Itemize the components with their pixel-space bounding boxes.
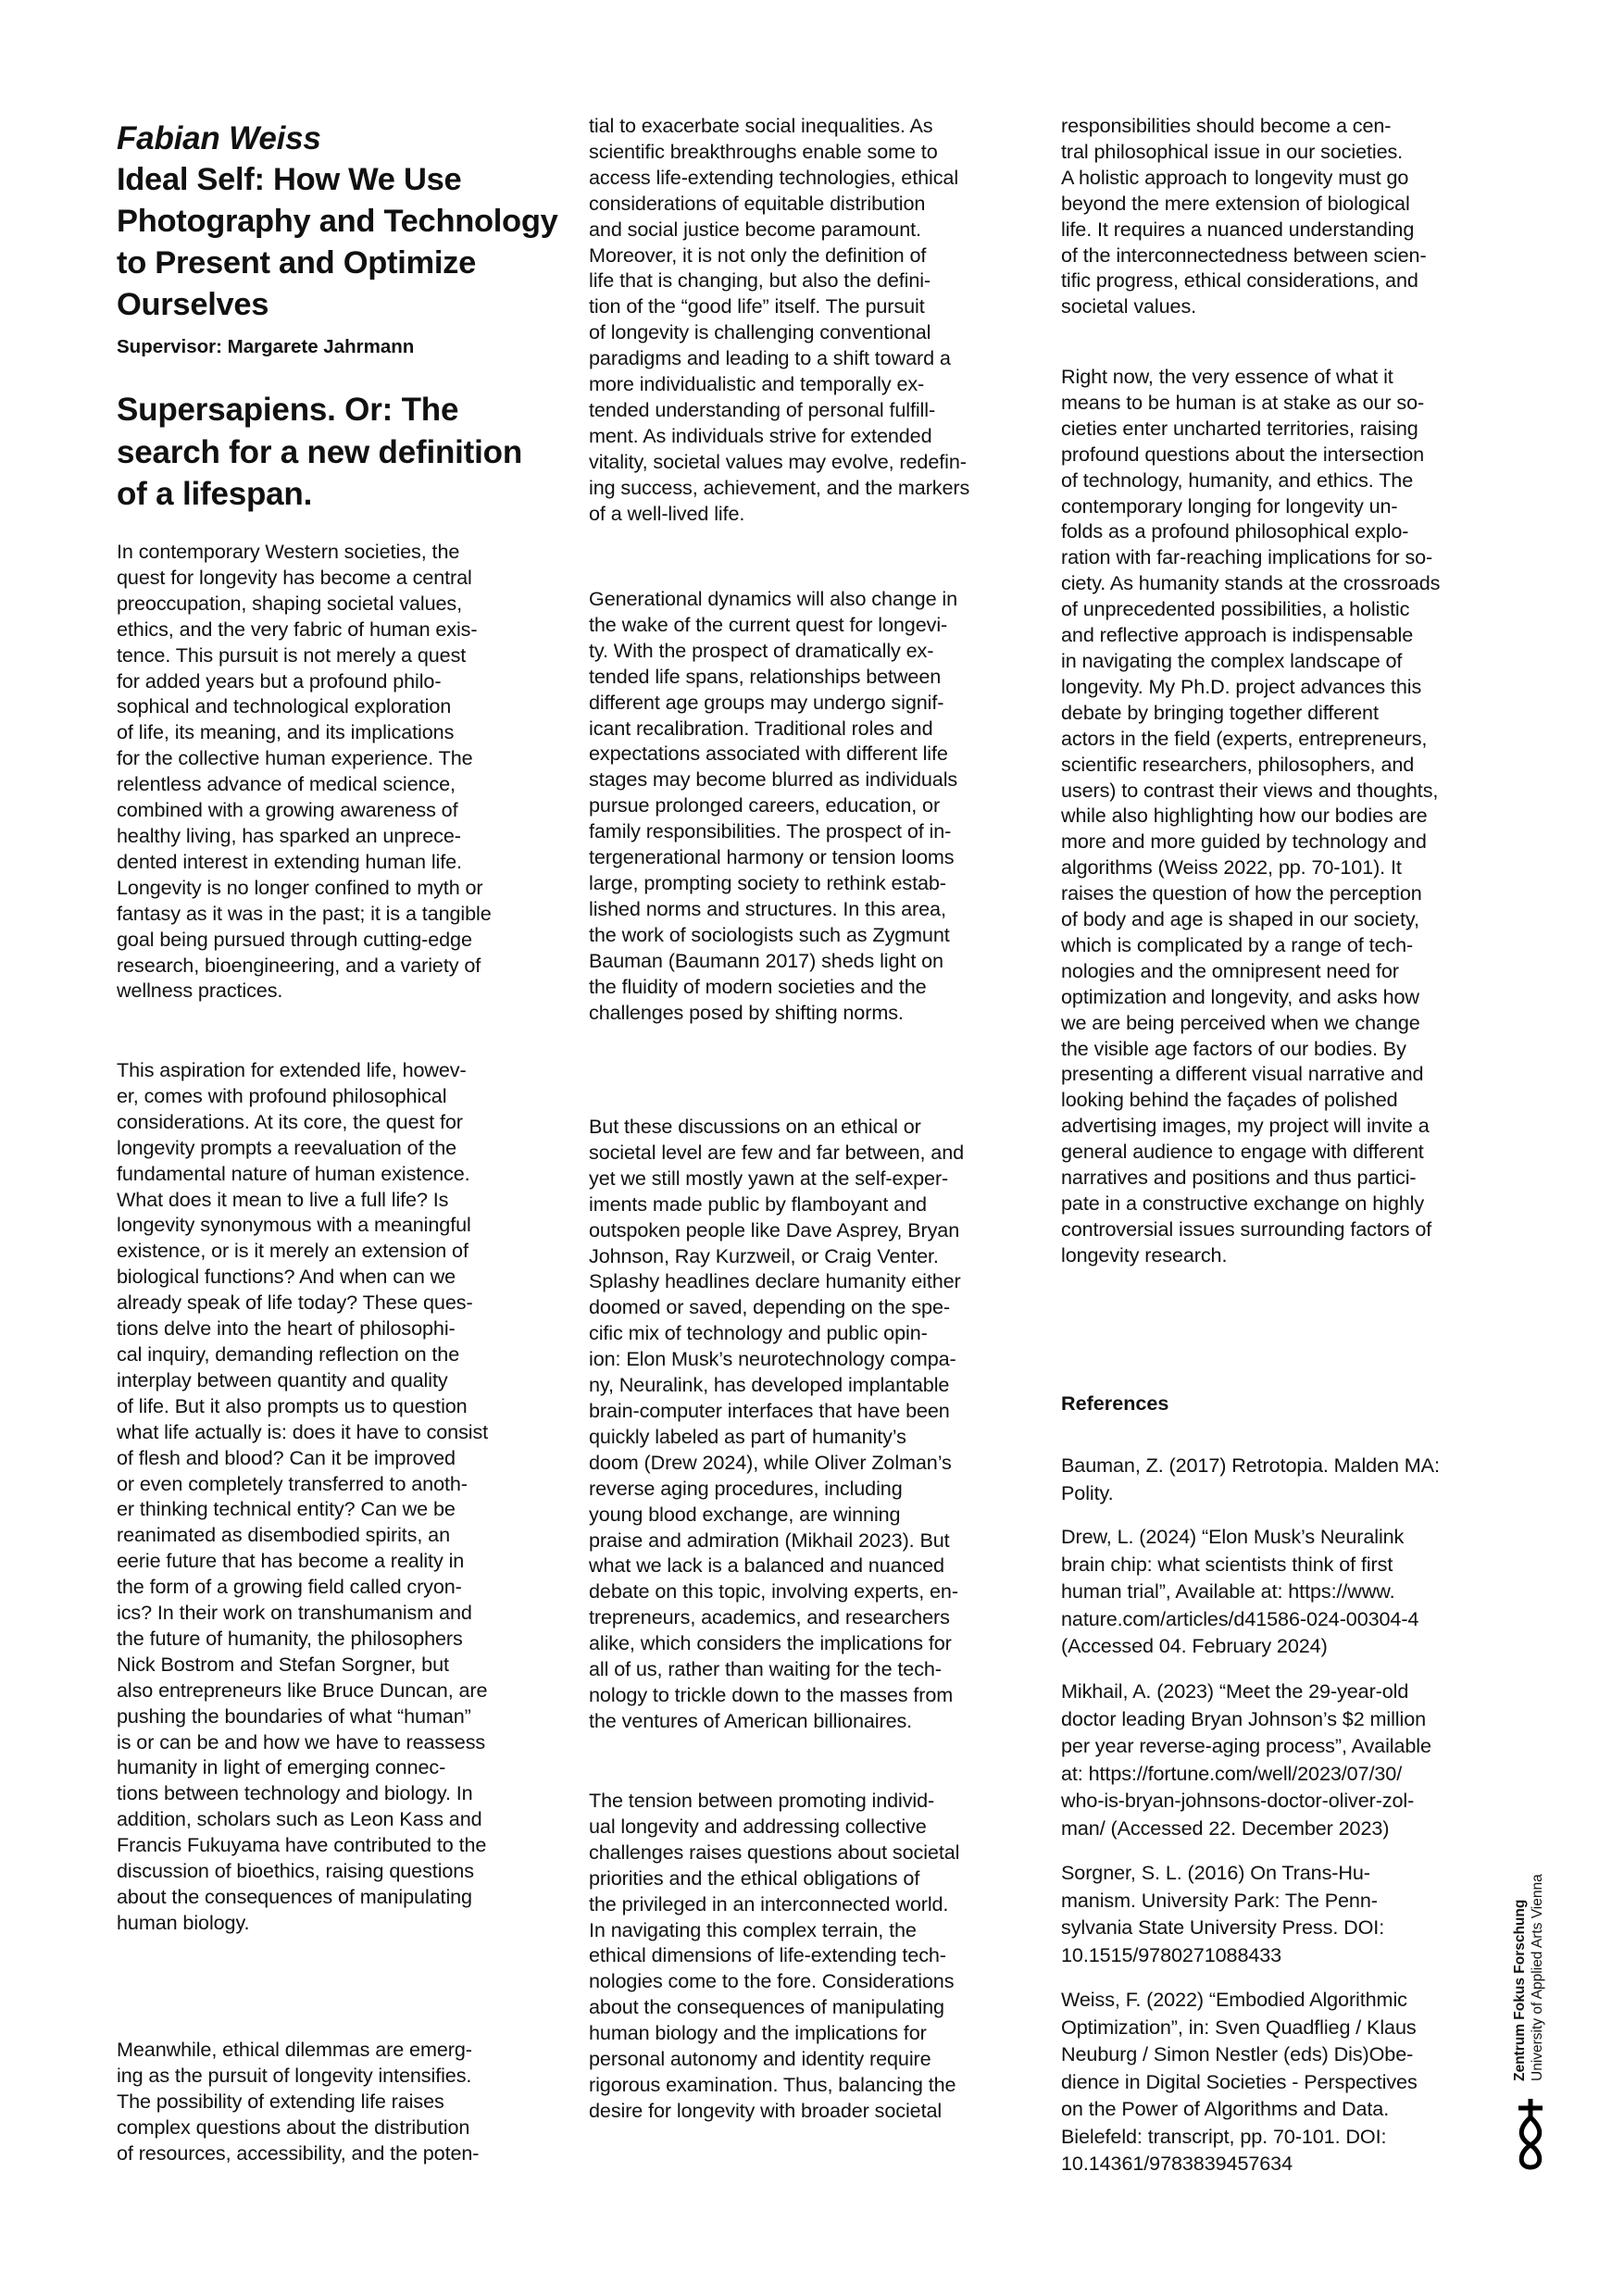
article-title: Ideal Self: How We Use Photography and T… [117, 159, 598, 326]
text-line: ration with far-reaching implications fo… [1061, 544, 1440, 570]
text-line: But these discussions on an ethical or [589, 1114, 964, 1140]
text-line: of longevity is challenging conventional [589, 319, 969, 345]
supervisor-credit: Supervisor: Margarete Jahrmann [117, 335, 414, 359]
section-heading-line: Supersapiens. Or: The [117, 389, 580, 431]
text-line: the ventures of American billionaires. [589, 1708, 964, 1734]
text-line: manism. University Park: The Penn- [1061, 1887, 1384, 1915]
text-line: challenges raises questions about societ… [589, 1840, 959, 1865]
text-line: personal autonomy and identity require [589, 2046, 959, 2072]
institution-line-2: University of Applied Arts Vienna [1529, 1874, 1546, 2081]
text-line: biological functions? And when can we [117, 1264, 488, 1290]
text-line: (Accessed 04. February 2024) [1061, 1632, 1418, 1660]
text-line: In contemporary Western societies, the [117, 539, 492, 565]
text-line: of a well-lived life. [589, 501, 969, 527]
text-line: access life-extending technologies, ethi… [589, 165, 969, 191]
text-line: narratives and positions and thus partic… [1061, 1165, 1440, 1191]
text-line: looking behind the façades of polished [1061, 1087, 1440, 1113]
text-line: nologies come to the fore. Consideration… [589, 1968, 959, 1994]
text-line: iments made public by flamboyant and [589, 1192, 964, 1217]
text-line: reanimated as disembodied spirits, an [117, 1522, 488, 1548]
text-line: at: https://fortune.com/well/2023/07/30/ [1061, 1760, 1431, 1788]
text-line: considerations. At its core, the quest f… [117, 1109, 488, 1135]
text-line: Mikhail, A. (2023) “Meet the 29-year-old [1061, 1678, 1431, 1705]
text-line: about the consequences of manipulating [117, 1884, 488, 1910]
section-heading-line: search for a new definition [117, 431, 580, 474]
text-line: also entrepreneurs like Bruce Duncan, ar… [117, 1678, 488, 1703]
text-line: alike, which considers the implications … [589, 1630, 964, 1656]
text-line: A holistic approach to longevity must go [1061, 165, 1427, 191]
text-line: of technology, humanity, and ethics. The [1061, 468, 1440, 493]
paragraph: tial to exacerbate social inequalities. … [589, 113, 969, 527]
text-line: pursue prolonged careers, education, or [589, 792, 957, 818]
text-line: healthy living, has sparked an unprece- [117, 823, 492, 849]
text-line: goal being pursued through cutting-edge [117, 927, 492, 953]
text-line: scientific researchers, philosophers, an… [1061, 752, 1440, 778]
text-line: debate by bringing together different [1061, 700, 1440, 726]
text-line: er thinking technical entity? Can we be [117, 1496, 488, 1522]
text-line: sophical and technological exploration [117, 693, 492, 719]
text-line: brain-computer interfaces that have been [589, 1398, 964, 1424]
text-line: doom (Drew 2024), while Oliver Zolman’s [589, 1450, 964, 1476]
text-line: general audience to engage with differen… [1061, 1139, 1440, 1165]
text-line: Generational dynamics will also change i… [589, 586, 957, 612]
text-line: more and more guided by technology and [1061, 829, 1440, 855]
text-line: human biology and the implications for [589, 2020, 959, 2046]
text-line: of the interconnectedness between scien- [1061, 243, 1427, 268]
text-line: life that is changing, but also the defi… [589, 268, 969, 293]
text-line: for the collective human experience. The [117, 745, 492, 771]
text-line: praise and admiration (Mikhail 2023). Bu… [589, 1528, 964, 1554]
text-line: advertising images, my project will invi… [1061, 1113, 1440, 1139]
text-line: Neuburg / Simon Nestler (eds) Dis)Obe- [1061, 2040, 1418, 2068]
text-line: Splashy headlines declare humanity eithe… [589, 1268, 964, 1294]
text-line: tence. This pursuit is not merely a ques… [117, 643, 492, 668]
title-line: Ourselves [117, 284, 598, 326]
text-line: icant recalibration. Traditional roles a… [589, 716, 957, 742]
text-line: fundamental nature of human existence. [117, 1161, 488, 1187]
text-line: dented interest in extending human life. [117, 849, 492, 875]
reference-item: Mikhail, A. (2023) “Meet the 29-year-old… [1061, 1678, 1431, 1841]
text-line: ethical dimensions of life-extending tec… [589, 1942, 959, 1968]
text-line: relentless advance of medical science, [117, 771, 492, 797]
text-line: tion of the “good life” itself. The purs… [589, 293, 969, 319]
references-heading: References [1061, 1391, 1168, 1416]
text-line: or even completely transferred to anoth- [117, 1471, 488, 1497]
text-line: tended life spans, relationships between [589, 664, 957, 690]
text-line: Weiss, F. (2022) “Embodied Algorithmic [1061, 1986, 1418, 2014]
text-line: young blood exchange, are winning [589, 1502, 964, 1528]
text-line: Polity. [1061, 1479, 1440, 1507]
section-heading-line: of a lifespan. [117, 473, 580, 516]
text-line: actors in the field (experts, entreprene… [1061, 726, 1440, 752]
text-line: tergenerational harmony or tension looms [589, 844, 957, 870]
text-line: research, bioengineering, and a variety … [117, 953, 492, 979]
text-line: The possibility of extending life raises [117, 2089, 479, 2115]
text-line: profound questions about the intersectio… [1061, 442, 1440, 468]
text-line: expectations associated with different l… [589, 741, 957, 767]
text-line: pate in a constructive exchange on highl… [1061, 1191, 1440, 1217]
text-line: tific progress, ethical considerations, … [1061, 268, 1427, 293]
text-line: and social justice become paramount. [589, 217, 969, 243]
text-line: means to be human is at stake as our so- [1061, 390, 1440, 416]
text-line: ing as the pursuit of longevity intensif… [117, 2063, 479, 2089]
text-line: Nick Bostrom and Stefan Sorgner, but [117, 1652, 488, 1678]
text-line: This aspiration for extended life, howev… [117, 1057, 488, 1083]
text-line: we are being perceived when we change [1061, 1010, 1440, 1036]
text-line: Bauman (Baumann 2017) sheds light on [589, 948, 957, 974]
text-line: cieties enter uncharted territories, rai… [1061, 416, 1440, 442]
text-line: trepreneurs, academics, and researchers [589, 1604, 964, 1630]
author-name: Fabian Weiss [117, 119, 321, 159]
text-line: the form of a growing field called cryon… [117, 1574, 488, 1600]
paragraph: Meanwhile, ethical dilemmas are emerg-in… [117, 2037, 479, 2166]
text-line: which is complicated by a range of tech- [1061, 932, 1440, 958]
text-line: desire for longevity with broader societ… [589, 2098, 959, 2124]
text-line: large, prompting society to rethink esta… [589, 870, 957, 896]
text-line: of flesh and blood? Can it be improved [117, 1445, 488, 1471]
text-line: nature.com/articles/d41586-024-00304-4 [1061, 1605, 1418, 1633]
text-line: ion: Elon Musk’s neurotechnology compa- [589, 1346, 964, 1372]
text-line: family responsibilities. The prospect of… [589, 818, 957, 844]
paragraph: Right now, the very essence of what itme… [1061, 364, 1440, 1268]
title-line: Photography and Technology [117, 201, 598, 243]
text-line: longevity synonymous with a meaningful [117, 1212, 488, 1238]
text-line: ual longevity and addressing collective [589, 1814, 959, 1840]
title-line: Ideal Self: How We Use [117, 159, 598, 201]
text-line: Right now, the very essence of what it [1061, 364, 1440, 390]
text-line: longevity prompts a reevaluation of the [117, 1135, 488, 1161]
text-line: in navigating the complex landscape of [1061, 648, 1440, 674]
text-line: considerations of equitable distribution [589, 191, 969, 217]
text-line: societal level are few and far between, … [589, 1140, 964, 1166]
text-line: is or can be and how we have to reassess [117, 1729, 488, 1755]
institution-name: Zentrum Fokus Forschung University of Ap… [1511, 1874, 1546, 2081]
text-line: existence, or is it merely an extension … [117, 1238, 488, 1264]
text-line: er, comes with profound philosophical [117, 1083, 488, 1109]
text-line: outspoken people like Dave Asprey, Bryan [589, 1217, 964, 1243]
text-line: Longevity is no longer confined to myth … [117, 875, 492, 901]
text-line: tral philosophical issue in our societie… [1061, 139, 1427, 165]
text-line: different age groups may undergo signif- [589, 690, 957, 716]
text-line: ny, Neuralink, has developed implantable [589, 1372, 964, 1398]
text-line: already speak of life today? These ques- [117, 1290, 488, 1316]
institution-line-1: Zentrum Fokus Forschung [1511, 1874, 1529, 2081]
title-line: to Present and Optimize [117, 243, 598, 284]
text-line: Optimization”, in: Sven Quadflieg / Klau… [1061, 2014, 1418, 2041]
text-line: preoccupation, shaping societal values, [117, 591, 492, 617]
text-line: brain chip: what scientists think of fir… [1061, 1551, 1418, 1578]
text-line: ty. With the prospect of dramatically ex… [589, 638, 957, 664]
paragraph: Generational dynamics will also change i… [589, 586, 957, 1025]
text-line: nology to trickle down to the masses fro… [589, 1682, 964, 1708]
text-line: nologies and the omnipresent need for [1061, 958, 1440, 984]
text-line: ment. As individuals strive for extended [589, 423, 969, 449]
text-line: scientific breakthroughs enable some to [589, 139, 969, 165]
text-line: of body and age is shaped in our society… [1061, 906, 1440, 932]
text-line: vitality, societal values may evolve, re… [589, 449, 969, 475]
text-line: priorities and the ethical obligations o… [589, 1865, 959, 1891]
text-line: 10.14361/9783839457634 [1061, 2150, 1418, 2177]
text-line: Bielefeld: transcript, pp. 70-101. DOI: [1061, 2123, 1418, 2151]
text-line: of life. But it also prompts us to quest… [117, 1393, 488, 1419]
reference-item: Drew, L. (2024) “Elon Musk’s Neuralinkbr… [1061, 1523, 1418, 1660]
text-line: Moreover, it is not only the definition … [589, 243, 969, 268]
text-line: the visible age factors of our bodies. B… [1061, 1036, 1440, 1062]
text-line: while also highlighting how our bodies a… [1061, 803, 1440, 829]
text-line: presenting a different visual narrative … [1061, 1061, 1440, 1087]
text-line: more individualistic and temporally ex- [589, 371, 969, 397]
text-line: for added years but a profound philo- [117, 668, 492, 694]
text-line: who-is-bryan-johnsons-doctor-oliver-zol- [1061, 1787, 1431, 1815]
text-line: fantasy as it was in the past; it is a t… [117, 901, 492, 927]
text-line: ing success, achievement, and the marker… [589, 475, 969, 501]
text-line: of resources, accessibility, and the pot… [117, 2140, 479, 2166]
text-line: the future of humanity, the philosophers [117, 1626, 488, 1652]
text-line: beyond the mere extension of biological [1061, 191, 1427, 217]
text-line: humanity in light of emerging connec- [117, 1754, 488, 1780]
text-line: dience in Digital Societies - Perspectiv… [1061, 2068, 1418, 2096]
text-line: doctor leading Bryan Johnson’s $2 millio… [1061, 1705, 1431, 1733]
text-line: of unprecedented possibilities, a holist… [1061, 596, 1440, 622]
text-line: man/ (Accessed 22. December 2023) [1061, 1815, 1431, 1842]
text-line: human trial”, Available at: https://www. [1061, 1578, 1418, 1605]
text-line: What does it mean to live a full life? I… [117, 1187, 488, 1213]
text-line: challenges posed by shifting norms. [589, 1000, 957, 1026]
text-line: discussion of bioethics, raising questio… [117, 1858, 488, 1884]
text-line: life. It requires a nuanced understandin… [1061, 217, 1427, 243]
text-line: cific mix of technology and public opin- [589, 1320, 964, 1346]
text-line: longevity research. [1061, 1242, 1440, 1268]
text-line: doomed or saved, depending on the spe- [589, 1294, 964, 1320]
text-line: reverse aging procedures, including [589, 1476, 964, 1502]
text-line: quickly labeled as part of humanity’s [589, 1424, 964, 1450]
text-line: societal values. [1061, 293, 1427, 319]
text-line: what life actually is: does it have to c… [117, 1419, 488, 1445]
paragraph: The tension between promoting individ-ua… [589, 1788, 959, 2124]
text-line: tended understanding of personal fulfill… [589, 397, 969, 423]
text-line: lished norms and structures. In this are… [589, 896, 957, 922]
text-line: Francis Fukuyama have contributed to the [117, 1832, 488, 1858]
text-line: responsibilities should become a cen- [1061, 113, 1427, 139]
paragraph: But these discussions on an ethical orso… [589, 1114, 964, 1734]
text-line: debate on this topic, involving experts,… [589, 1578, 964, 1604]
text-line: wellness practices. [117, 978, 492, 1004]
text-line: complex questions about the distribution [117, 2115, 479, 2140]
text-line: pushing the boundaries of what “human” [117, 1703, 488, 1729]
text-line: ics? In their work on transhumanism and [117, 1600, 488, 1626]
text-line: rigorous examination. Thus, balancing th… [589, 2072, 959, 2098]
text-line: contemporary longing for longevity un- [1061, 493, 1440, 519]
text-line: controversial issues surrounding factors… [1061, 1217, 1440, 1242]
text-line: yet we still mostly yawn at the self-exp… [589, 1166, 964, 1192]
text-line: tions between technology and biology. In [117, 1780, 488, 1806]
text-line: and reflective approach is indispensable [1061, 622, 1440, 648]
text-line: stages may become blurred as individuals [589, 767, 957, 792]
text-line: Drew, L. (2024) “Elon Musk’s Neuralink [1061, 1523, 1418, 1551]
text-line: combined with a growing awareness of [117, 797, 492, 823]
text-line: cal inquiry, demanding reflection on the [117, 1341, 488, 1367]
text-line: raises the question of how the perceptio… [1061, 880, 1440, 906]
text-line: The tension between promoting individ- [589, 1788, 959, 1814]
text-line: tions delve into the heart of philosophi… [117, 1316, 488, 1341]
text-line: ciety. As humanity stands at the crossro… [1061, 570, 1440, 596]
text-line: sylvania State University Press. DOI: [1061, 1914, 1384, 1941]
text-line: 10.1515/9780271088433 [1061, 1941, 1384, 1969]
text-line: the privileged in an interconnected worl… [589, 1891, 959, 1917]
text-line: per year reverse-aging process”, Availab… [1061, 1732, 1431, 1760]
text-line: interplay between quantity and quality [117, 1367, 488, 1393]
text-line: the fluidity of modern societies and the [589, 974, 957, 1000]
paragraph: In contemporary Western societies, thequ… [117, 539, 492, 1004]
text-line: the wake of the current quest for longev… [589, 612, 957, 638]
text-line: all of us, rather than waiting for the t… [589, 1656, 964, 1682]
text-line: ethics, and the very fabric of human exi… [117, 617, 492, 643]
reference-item: Sorgner, S. L. (2016) On Trans-Hu-manism… [1061, 1859, 1384, 1968]
text-line: paradigms and leading to a shift toward … [589, 345, 969, 371]
text-line: what we lack is a balanced and nuanced [589, 1553, 964, 1578]
text-line: Sorgner, S. L. (2016) On Trans-Hu- [1061, 1859, 1384, 1887]
text-line: the work of sociologists such as Zygmunt [589, 922, 957, 948]
text-line: folds as a profound philosophical explo- [1061, 518, 1440, 544]
text-line: longevity. My Ph.D. project advances thi… [1061, 674, 1440, 700]
reference-item: Weiss, F. (2022) “Embodied AlgorithmicOp… [1061, 1986, 1418, 2177]
text-line: human biology. [117, 1910, 488, 1936]
zff-logo-icon [1515, 2097, 1546, 2171]
text-line: Johnson, Ray Kurzweil, or Craig Venter. [589, 1243, 964, 1269]
text-line: Bauman, Z. (2017) Retrotopia. Malden MA: [1061, 1452, 1440, 1479]
section-heading: Supersapiens. Or: The search for a new d… [117, 389, 580, 516]
paragraph: responsibilities should become a cen-tra… [1061, 113, 1427, 319]
text-line: about the consequences of manipulating [589, 1994, 959, 2020]
text-line: tial to exacerbate social inequalities. … [589, 113, 969, 139]
text-line: Meanwhile, ethical dilemmas are emerg- [117, 2037, 479, 2063]
text-line: In navigating this complex terrain, the [589, 1917, 959, 1943]
reference-item: Bauman, Z. (2017) Retrotopia. Malden MA:… [1061, 1452, 1440, 1506]
text-line: users) to contrast their views and thoug… [1061, 778, 1440, 804]
text-line: addition, scholars such as Leon Kass and [117, 1806, 488, 1832]
text-line: on the Power of Algorithms and Data. [1061, 2095, 1418, 2123]
text-line: algorithms (Weiss 2022, pp. 70-101). It [1061, 855, 1440, 880]
text-line: eerie future that has become a reality i… [117, 1548, 488, 1574]
paragraph: This aspiration for extended life, howev… [117, 1057, 488, 1936]
text-line: of life, its meaning, and its implicatio… [117, 719, 492, 745]
text-line: quest for longevity has become a central [117, 565, 492, 591]
institution-branding: Zentrum Fokus Forschung University of Ap… [1511, 1852, 1567, 2176]
text-line: optimization and longevity, and asks how [1061, 984, 1440, 1010]
